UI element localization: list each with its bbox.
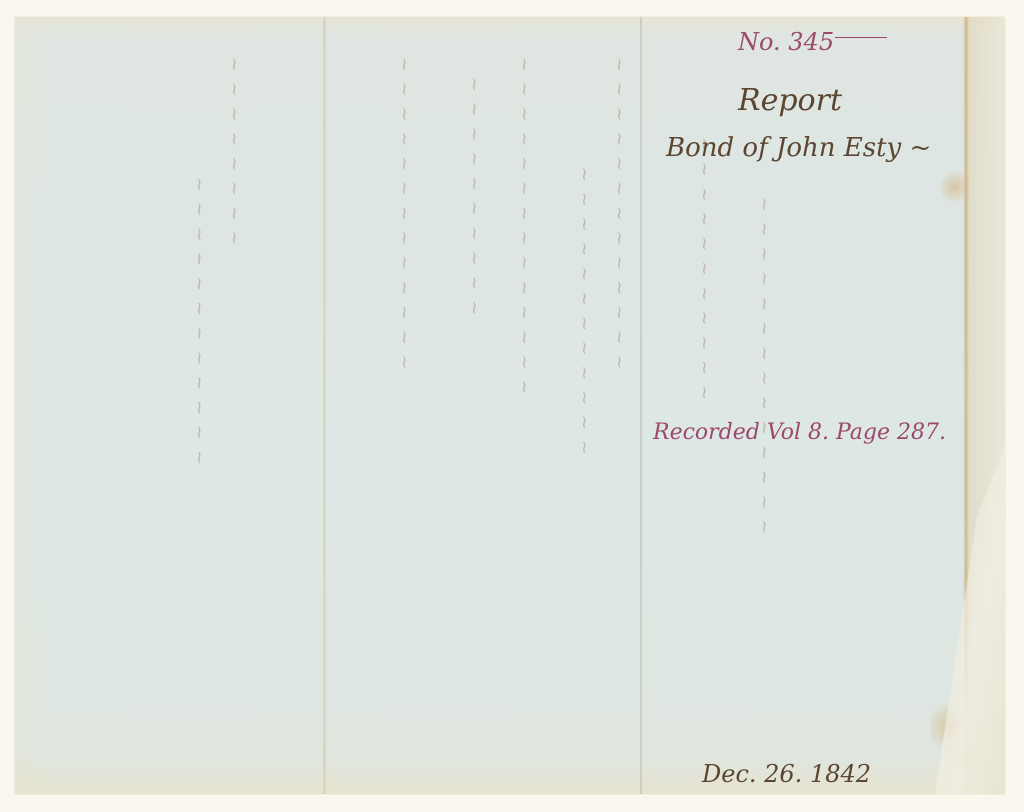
docket-title: Report <box>738 83 842 118</box>
docket-number: No. 345 <box>738 28 834 56</box>
bleed-through-text: ~ ~ ~ ~ ~ ~ ~ ~ ~ ~ ~ ~ ~ <box>609 57 630 372</box>
number-underline <box>835 37 887 38</box>
bleed-through-text: ~ ~ ~ ~ ~ ~ ~ ~ ~ ~ ~ ~ ~ ~ <box>754 197 775 537</box>
bleed-through-text: ~ ~ ~ ~ ~ ~ ~ ~ ~ ~ ~ ~ ~ ~ <box>514 57 535 397</box>
paper-sheet: ~ ~ ~ ~ ~ ~ ~ ~ ~ ~ ~ ~ ~ ~ ~ ~ ~ ~ ~ ~ … <box>15 17 1005 794</box>
recorded-reference: Recorded Vol 8. Page 287. <box>653 420 946 445</box>
bleed-through-text: ~ ~ ~ ~ ~ ~ ~ ~ ~ ~ ~ ~ <box>574 167 595 457</box>
document-scan: ~ ~ ~ ~ ~ ~ ~ ~ ~ ~ ~ ~ ~ ~ ~ ~ ~ ~ ~ ~ … <box>0 0 1024 812</box>
fold-crease <box>640 17 642 794</box>
fold-crease <box>323 17 326 794</box>
bleed-through-text: ~ ~ ~ ~ ~ ~ ~ ~ <box>224 57 245 248</box>
bleed-through-text: ~ ~ ~ ~ ~ ~ ~ ~ ~ ~ ~ ~ <box>189 177 210 467</box>
docket-subject: Bond of John Esty ~ <box>666 133 931 163</box>
bleed-through-text: ~ ~ ~ ~ ~ ~ ~ ~ ~ ~ ~ ~ ~ <box>394 57 415 372</box>
bleed-through-text: ~ ~ ~ ~ ~ ~ ~ ~ ~ ~ <box>464 77 485 317</box>
docket-date: Dec. 26. 1842 <box>702 760 871 788</box>
foxing-stain <box>940 167 970 207</box>
bleed-through-text: ~ ~ ~ ~ ~ ~ ~ ~ ~ ~ ~ <box>694 137 715 402</box>
fold-panel-left <box>15 17 325 794</box>
